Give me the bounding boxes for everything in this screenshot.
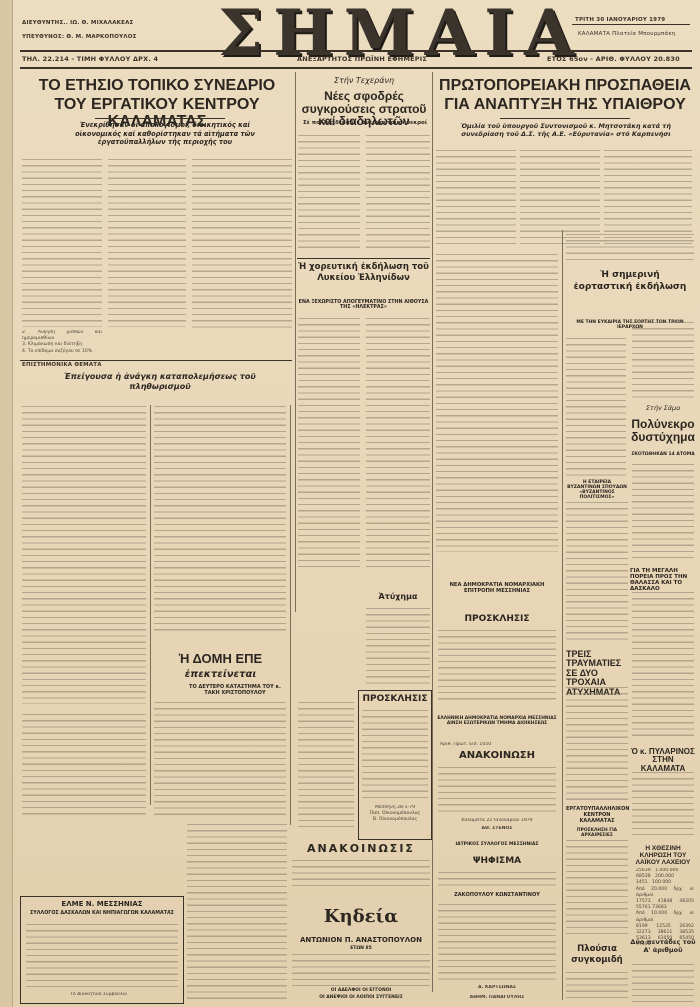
article-body-two-fives [632, 962, 694, 1002]
medical-header: ΙΑΤΡΙΚΟΣ ΣΥΛΛΟΓΟΣ ΜΕΣΣΗΝΙΑΣ [436, 842, 558, 847]
section-label-science: ΕΠΙΣΤΗΜΟΝΙΚΑ ΘΕΜΑΤΑ [22, 362, 102, 368]
artemis-body [362, 708, 428, 800]
headline-lottery: Η ΧΘΕΣΙΝΗ ΚΛΗΡΩΣΗ ΤΟΥ ΛΑΪΚΟΥ ΛΑΧΕΙΟΥ [630, 846, 696, 866]
medical-secretary: ΑΘΗΜ. ΠΑΝΑΓΟΥΛΗΣ [438, 995, 556, 1001]
headline-two-fives: Δύο πεντάδες τοῦ Α' ἀριθμοῦ [630, 938, 696, 955]
article-body-byzantine [566, 500, 628, 640]
elme-headline: ΕΛΜΕ Ν. ΜΕΣΣΗΝΙΑΣ [22, 900, 182, 908]
article-body-lyceum-1 [298, 316, 360, 571]
subhead-rural: Ὁμιλία τοῦ ὑπουργοῦ Συντονισμοῦ κ. Μητσο… [440, 122, 692, 139]
medical-decisions [438, 902, 556, 982]
article-body-workers-center [566, 838, 628, 938]
elme-body [26, 922, 178, 990]
headline-nd: ΝΕΑ ΔΗΜΟΚΡΑΤΙΑ ΝΟΜΑΡΧΙΑΚΗ ΕΠΙΤΡΟΠΗ ΜΕΣΣΗ… [436, 582, 558, 594]
article-body-nd [438, 628, 556, 700]
announcements-title: ΑΝΑΚΟΙΝΩΣΙΣ [290, 842, 432, 855]
workers-center-subhead: ΠΡΟΣΚΛΗΣΗ ΓΙΑ ΑΡΧΑΙΡΕΣΙΕΣ [566, 828, 628, 838]
issue-location: ΚΑΛΑΜΑΤΑ Πλατεία Μπουρμπάκη [578, 31, 675, 37]
article-body-overpop-1 [22, 404, 146, 704]
article-body-overpop-3 [22, 712, 146, 817]
article-body-domi [154, 700, 286, 820]
prefecture-date: Καλαμάτα 22 Ἰανουαρίου 1979 [438, 818, 556, 824]
funeral-name: ΑΝΤΩΝΙΟΝ Π. ΑΝΑΣΤΟΠΟΥΛΟΝ [290, 936, 432, 944]
headline-domi-2: ἐπεκτείνεται [153, 668, 288, 681]
lottery-prizes: 25639 1.000.000 68538 200.000 1451 100.0… [636, 868, 694, 949]
medical-president: Α. ΚΑΡΤΣΩΝΑΣ [438, 985, 556, 991]
prefecture-body [438, 765, 556, 815]
article-body-accident [366, 606, 430, 686]
nd-title: ΠΡΟΣΚΛΗΣΙΣ [436, 614, 558, 624]
headline-lyceum: Ἡ χορευτική ἐκδήλωση τοῦ Λυκείου Ἑλληνίδ… [297, 262, 430, 284]
medical-name: ΖΑΚΟΠΟΥΛΟΥ ΚΩΝΣΤΑΝΤΙΝΟΥ [436, 892, 558, 898]
headline-overpopulation: Ἐπείγουσα ἡ ἀνάγκη καταπολεμήσεως τοῦ πλ… [60, 372, 260, 393]
director-line: ΔΙΕΥΘΥΝΤΗΣ.. ΙΩ. Θ. ΜΙΧΑΛΑΚΕΑΣ [22, 20, 133, 26]
elme-signoff: Τό Διοικητικό Συμβούλιο [70, 992, 170, 998]
funeral-footer-2: ΟΙ ΑΝΕΨΙΟΙ ΟΙ ΛΟΙΠΟΙ ΣΥΓΓΕΝΕΙΣ [290, 995, 432, 1000]
article-body-anniversary [566, 336, 626, 476]
article-body-lyceum-2 [366, 316, 430, 571]
article-body-rural-5 [566, 232, 694, 262]
article-body-rural-4 [436, 252, 558, 552]
medical-body [438, 870, 556, 890]
headline-domi-1: Ἡ ΔΟΜΗ ΕΠΕ [153, 652, 288, 666]
article-body-labor-2 [108, 157, 186, 327]
article-body-artemis-left [298, 700, 354, 830]
lottery-tier-20000: 17573 41848 48205 55761 73683 [636, 899, 694, 911]
workers-center-header: ΕΡΓΑΤΟΥΠΑΛΛΗΛΙΚΟΝ ΚΕΝΤΡΟΝ ΚΑΛΑΜΑΤΑΣ [566, 806, 628, 824]
article-body-samos-top [632, 320, 694, 400]
subhead-labor-congress: Ἐνεκρίθησαν οἱ ἀπολογισμοί, διοικητικός … [60, 121, 270, 147]
article-body-samos [632, 462, 694, 562]
headline-rural-2: ΓΙΑ ΑΝΑΠΤΥΞΗ ΤΗΣ ΥΠΑΙΘΡΟΥ [436, 97, 694, 114]
article-body-rich-harvest [566, 970, 628, 1002]
headline-accident: Ἀτύχημα [366, 592, 430, 602]
subhead-tehran: Σέ πολλές δεκάδες ἀνέρχονται οἱ νεκροί [298, 120, 432, 127]
article-body-pularinos [632, 770, 694, 840]
subhead-samos: ΣΚΟΤΩΘΗΚΑΝ 14 ΑΤΟΜΑ [630, 452, 696, 457]
prefecture-ref: Ἀριθ. Πρωτ. Εἰδ. 1050 [440, 742, 558, 748]
headline-pilgrimage: ΓΙΑ ΤΗ ΜΕΓΑΛΗ ΠΟΡΕΙΑ ΠΡΟΣ ΤΗΝ ΘΑΛΑΣΣΑ ΚΑ… [630, 568, 696, 592]
prefecture-header: ΕΛΛΗΝΙΚΗ ΔΗΜΟΚΡΑΤΙΑ ΝΟΜΑΡΧΙΑ ΜΕΣΣΗΝΙΑΣ Δ… [436, 716, 558, 726]
newspaper-page: ΔΙΕΥΘΥΝΤΗΣ.. ΙΩ. Θ. ΜΙΧΑΛΑΚΕΑΣ ΥΠΕΥΘΥΝΟΣ… [0, 0, 700, 1007]
funeral-age: ΕΤΩΝ 85 [290, 946, 432, 951]
issue-number: ΕΤΟΣ 65ον - ΑΡΙΘ. ΦΥΛΛΟΥ 20.830 [547, 55, 680, 63]
kicker-samos: Στήν Σάμο [630, 404, 696, 412]
kicker-tehran: Στήν Τεχεράνη [298, 76, 430, 86]
article-body-pilgrimage [632, 590, 694, 740]
funeral-body [292, 952, 430, 986]
headline-byzantine: Η ΕΤΑΙΡΕΙΑ ΒΥΖΑΝΤΙΝΩΝ ΣΠΟΥΔΩΝ «ΒΥΖΑΝΤΙΝΟ… [566, 480, 628, 500]
headline-samos: Πολύνεκρο δυστύχημα [630, 418, 696, 443]
article-body-labor-3 [192, 157, 292, 332]
article-body-col3-bottom [187, 822, 287, 1002]
article-body-labor-1 [22, 157, 102, 327]
funeral-title: Κηδεία [290, 906, 432, 927]
article-body-tehran-2 [366, 133, 430, 253]
article-body-overpop-2 [154, 404, 286, 634]
prefecture-title: ΑΝΑΚΟΙΝΩΣΗ [436, 750, 558, 761]
adjacent-page-edge [0, 0, 13, 1007]
tagline: ΑΝΕΞΑΡΤΗΤΟΣ ΠΡΩΪΝΗ ΕΦΗΜΕΡΙΣ [297, 55, 427, 63]
headline-anniversary: Ἡ σημερινή ἑορταστική ἐκδήλωση [566, 270, 694, 293]
issue-date: ΤΡΙΤΗ 30 ΙΑΝΟΥΑΡΙΟΥ 1979 [575, 17, 665, 23]
artemis-signoff: Μεσσήνη 28-1-79 Παπ. Οἰκονομόπουλος Β. Ο… [362, 805, 428, 824]
medical-title: ΨΗΦΙΣΜΑ [436, 856, 558, 866]
artemis-title: ΠΡΟΣΚΛΗΣΙΣ [360, 694, 430, 704]
subhead-domi: ΤΟ ΔΕΥΤΕΡΟ ΚΑΤΑΣΤΗΜΑ ΤΟΥ κ. ΤΑΚΗ ΧΡΙΣΤΟΠ… [185, 684, 285, 696]
subhead-lyceum: ΕΝΑ ΞΕΧΩΡΙΣΤΟ ΑΠΟΓΕΥΜΑΤΙΝΟ ΣΤΗΝ ΑΙΘΟΥΣΑ … [297, 300, 430, 310]
headline-labor-congress-1: ΤΟ ΕΤΗΣΙΟ ΤΟΠΙΚΟ ΣΥΝΕΔΡΙΟ [22, 78, 292, 95]
article-body-three-injured [566, 685, 628, 800]
editor-line: ΥΠΕΥΘΥΝΟΣ: Θ. Μ. ΜΑΡΚΟΠΟΥΛΟΣ [22, 34, 137, 40]
labor-demands: 2. Αύξηση μισθών και ημερομισθίων 3. Κλι… [22, 330, 102, 355]
announcements-body [292, 858, 430, 888]
article-body-rural-1 [436, 148, 516, 248]
article-body-tehran-1 [298, 133, 360, 253]
funeral-footer-1: ΟΙ ΑΔΕΛΦΟΙ ΟΙ ΕΓΓΟΝΟΙ [290, 988, 432, 993]
phone-price: ΤΗΛ. 22.214 - ΤΙΜΗ ΦΥΛΛΟΥ ΔΡΧ. 4 [22, 55, 158, 63]
elme-subhead: ΣΥΛΛΟΓΟΣ ΔΑΣΚΑΛΩΝ ΚΑΙ ΝΗΠΙΑΓΩΓΩΝ ΚΑΛΑΜΑΤ… [22, 911, 182, 916]
prefecture-signer: ΑΘ. ΣΤΕΝΟΣ [438, 826, 556, 832]
headline-rich-harvest: Πλούσια συγκομιδή [566, 944, 628, 966]
headline-rural-1: ΠΡΩΤΟΠΟΡΕΙΑΚΗ ΠΡΟΣΠΑΘΕΙΑ [436, 78, 694, 95]
